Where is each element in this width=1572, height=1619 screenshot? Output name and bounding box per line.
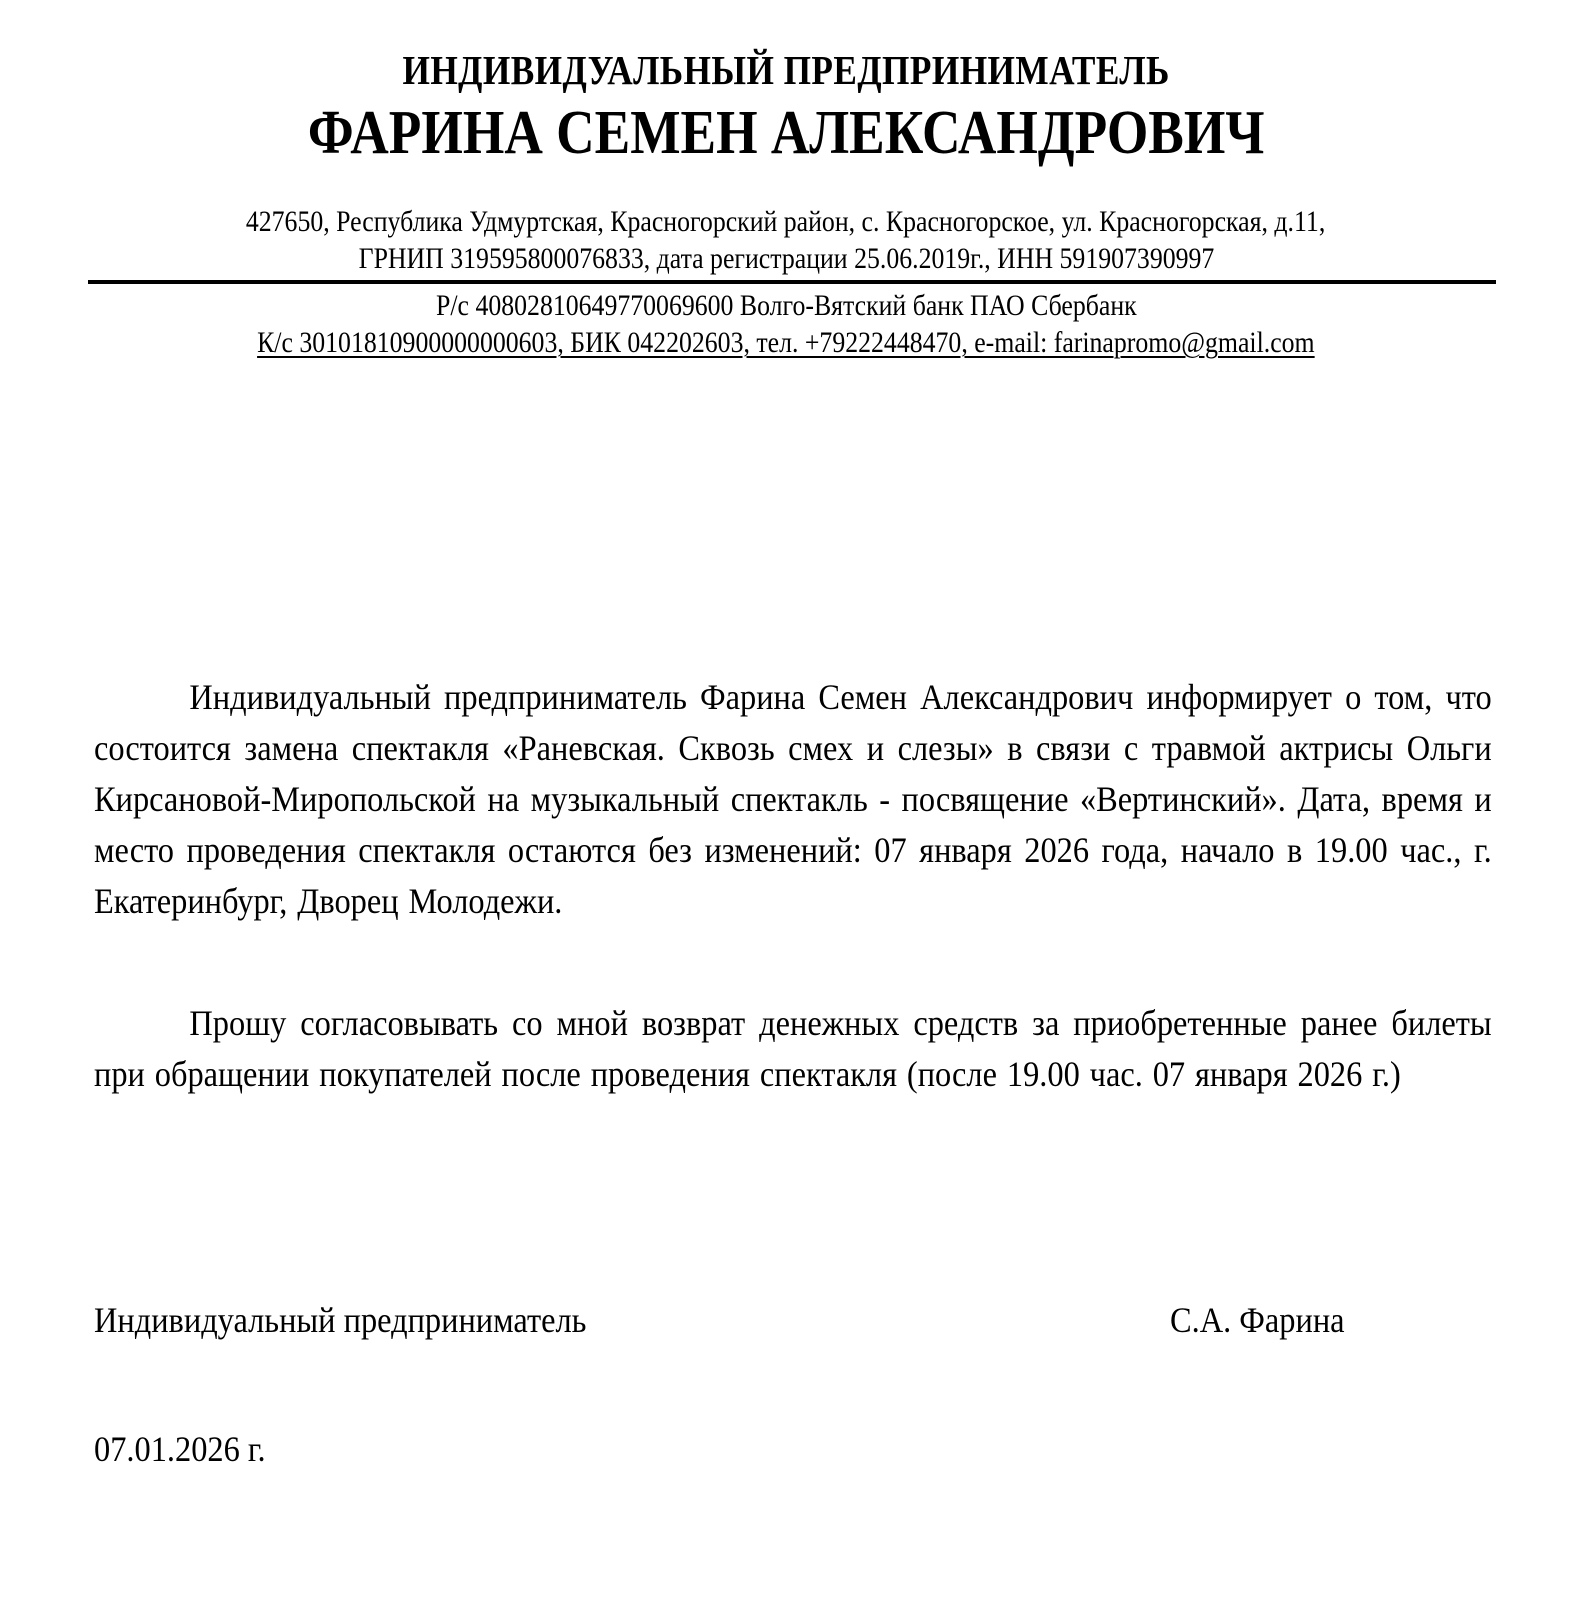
letterhead-registration: ГРНИП 319595800076833, дата регистрации …	[0, 241, 1572, 277]
letterhead-name-text: ФАРИНА СЕМЕН АЛЕКСАНДРОВИЧ	[308, 98, 1265, 168]
letterhead-address: 427650, Республика Удмуртская, Красногор…	[0, 204, 1572, 240]
letterhead-title: ИНДИВИДУАЛЬНЫЙ ПРЕДПРИНИМАТЕЛЬ	[0, 46, 1572, 94]
body-paragraph-2: Прошу согласовывать со мной возврат дене…	[94, 998, 1492, 1100]
letterhead-divider	[88, 280, 1496, 284]
correspondent-account-text: К/с 30101810900000000603, БИК 042202603,…	[257, 325, 1315, 361]
signature-name: С.А. Фарина	[1170, 1298, 1345, 1342]
document-page: ИНДИВИДУАЛЬНЫЙ ПРЕДПРИНИМАТЕЛЬ ФАРИНА СЕ…	[0, 0, 1572, 1619]
letterhead-title-text: ИНДИВИДУАЛЬНЫЙ ПРЕДПРИНИМАТЕЛЬ	[402, 46, 1169, 94]
registration-text: ГРНИП 319595800076833, дата регистрации …	[358, 241, 1214, 277]
document-date: 07.01.2026 г.	[94, 1427, 266, 1471]
bank-account-text: Р/с 40802810649770069600 Волго-Вятский б…	[436, 288, 1137, 324]
paragraph-1-text: Индивидуальный предприниматель Фарина Се…	[94, 672, 1492, 927]
letterhead-correspondent-account: К/с 30101810900000000603, БИК 042202603,…	[0, 325, 1572, 361]
body-paragraph-1: Индивидуальный предприниматель Фарина Се…	[94, 672, 1492, 927]
paragraph-2-text: Прошу согласовывать со мной возврат дене…	[94, 998, 1492, 1100]
letterhead-name: ФАРИНА СЕМЕН АЛЕКСАНДРОВИЧ	[0, 98, 1572, 168]
letterhead-bank-account: Р/с 40802810649770069600 Волго-Вятский б…	[0, 288, 1572, 324]
address-text: 427650, Республика Удмуртская, Красногор…	[246, 204, 1325, 240]
signature-role: Индивидуальный предприниматель	[94, 1298, 586, 1342]
